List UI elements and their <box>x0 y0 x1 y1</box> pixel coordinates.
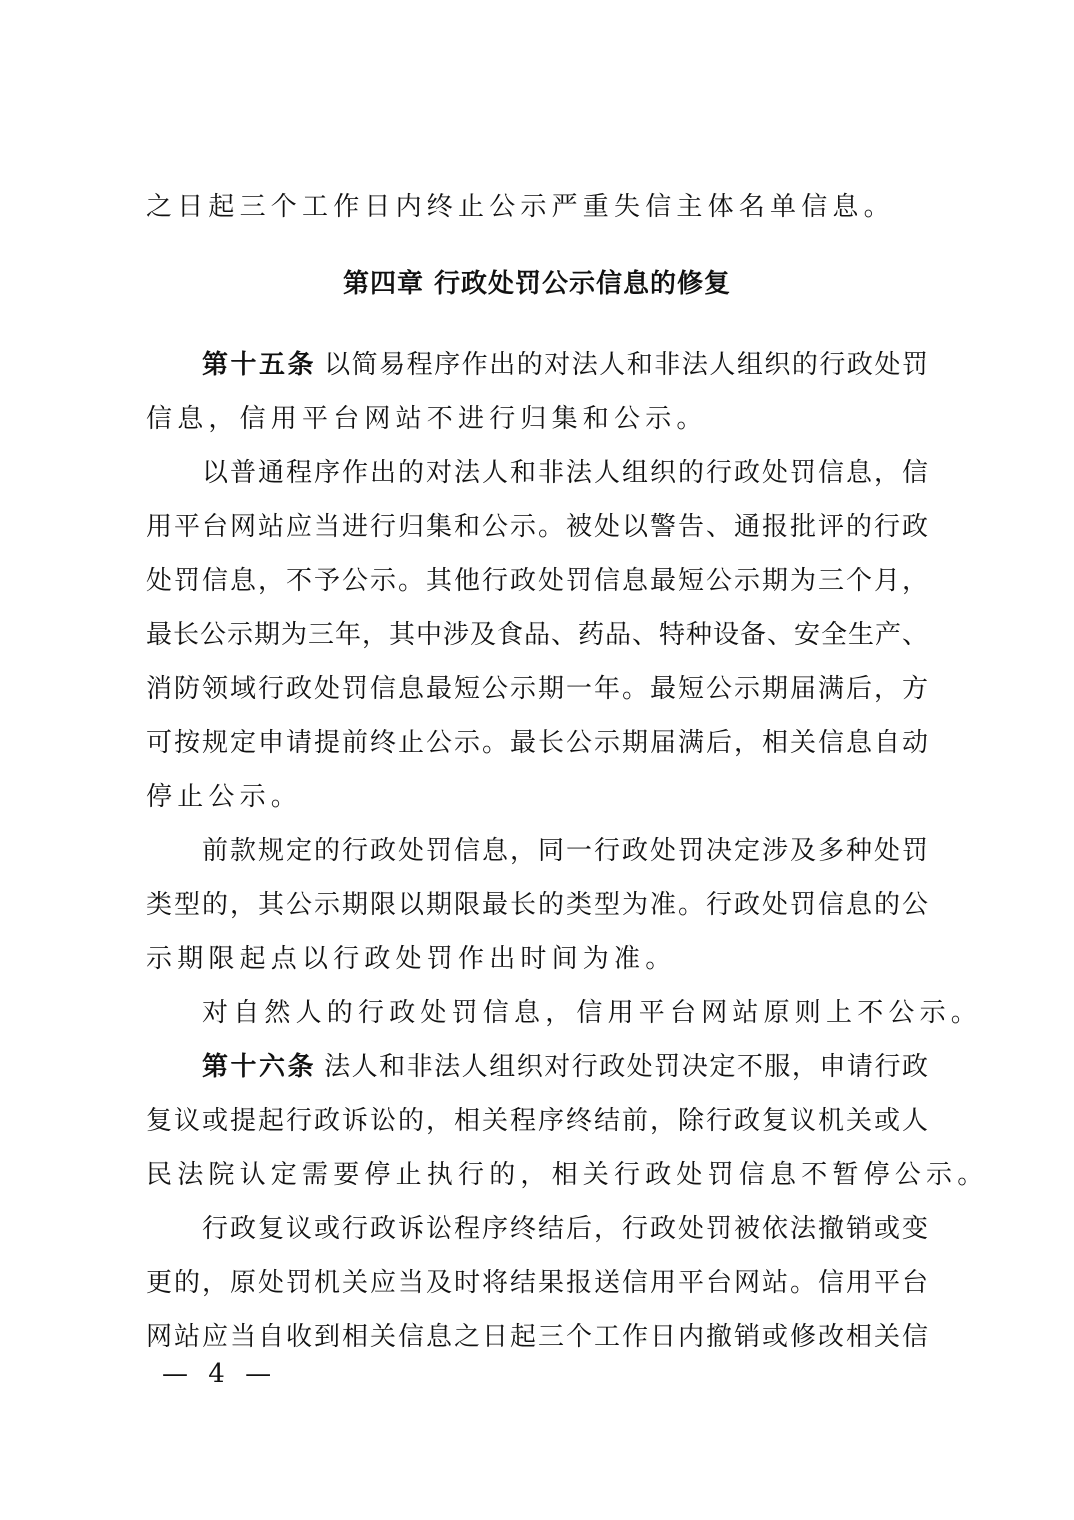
article-15-first-line: 第十五条以简易程序作出的对法人和非法人组织的行政处罚 <box>202 349 928 381</box>
body-line: 前款规定的行政处罚信息，同一行政处罚决定涉及多种处罚 <box>202 835 928 867</box>
body-line: 示期限起点以行政处罚作出时间为准。 <box>146 943 928 975</box>
body-line: 以普通程序作出的对法人和非法人组织的行政处罚信息，信 <box>202 457 928 489</box>
body-line: 最长公示期为三年，其中涉及食品、药品、特种设备、安全生产、 <box>146 619 928 651</box>
body-line: 信息，信用平台网站不进行归集和公示。 <box>146 403 928 435</box>
body-line: 消防领域行政处罚信息最短公示期一年。最短公示期届满后，方 <box>146 673 928 705</box>
article-15-text: 以简易程序作出的对法人和非法人组织的行政处罚 <box>324 350 928 380</box>
body-line: 对自然人的行政处罚信息，信用平台网站原则上不公示。 <box>202 997 928 1029</box>
article-16-label: 第十六条 <box>202 1052 316 1082</box>
body-line: 网站应当自收到相关信息之日起三个工作日内撤销或修改相关信 <box>146 1321 928 1353</box>
body-line: 行政复议或行政诉讼程序终结后，行政处罚被依法撤销或变 <box>202 1213 928 1245</box>
body-line: 可按规定申请提前终止公示。最长公示期届满后，相关信息自动 <box>146 727 928 759</box>
article-16-text: 法人和非法人组织对行政处罚决定不服，申请行政 <box>324 1052 928 1082</box>
body-line: 处罚信息，不予公示。其他行政处罚信息最短公示期为三个月， <box>146 565 928 597</box>
body-line: 之日起三个工作日内终止公示严重失信主体名单信息。 <box>146 191 928 223</box>
body-line: 用平台网站应当进行归集和公示。被处以警告、通报批评的行政 <box>146 511 928 543</box>
article-15-label: 第十五条 <box>202 350 316 380</box>
body-line: 民法院认定需要停止执行的，相关行政处罚信息不暂停公示。 <box>146 1159 928 1191</box>
body-line: 复议或提起行政诉讼的，相关程序终结前，除行政复议机关或人 <box>146 1105 928 1137</box>
body-line: 更的，原处罚机关应当及时将结果报送信用平台网站。信用平台 <box>146 1267 928 1299</box>
article-16-first-line: 第十六条法人和非法人组织对行政处罚决定不服，申请行政 <box>202 1051 928 1083</box>
document-page: 之日起三个工作日内终止公示严重失信主体名单信息。 第四章 行政处罚公示信息的修复… <box>0 0 1074 1520</box>
body-line: 类型的，其公示期限以期限最长的类型为准。行政处罚信息的公 <box>146 889 928 921</box>
body-line: 停止公示。 <box>146 781 928 813</box>
chapter-heading: 第四章 行政处罚公示信息的修复 <box>0 268 1074 300</box>
page-number: — 4 — <box>162 1358 277 1390</box>
